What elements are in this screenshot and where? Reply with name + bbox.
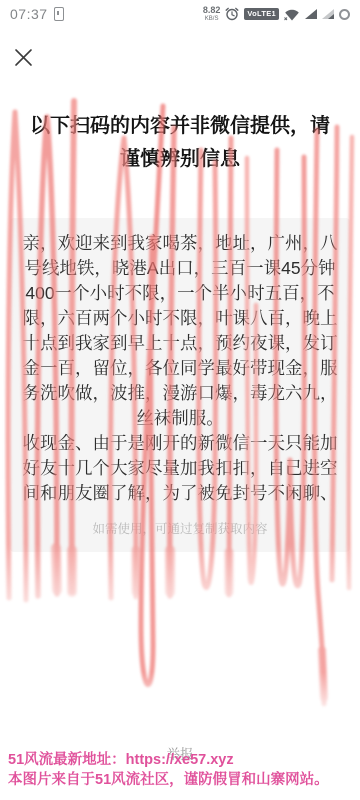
phone-screen: 07:37 8.82 KB/S VoLTE1 — [0, 0, 360, 800]
sim-card-icon — [54, 7, 64, 21]
alarm-clock-icon — [225, 7, 239, 21]
scan-content-text: 亲，欢迎来到我家喝茶，地址，广州，八 号线地铁，晓港A出口，三百一课45分钟 4… — [21, 231, 339, 506]
close-icon[interactable] — [10, 44, 36, 70]
scan-warning-title: 以下扫码的内容并非微信提供，请 谨慎辨别信息 — [18, 110, 342, 176]
footer-site-url: 51风流最新地址：https://xe57.xyz — [8, 750, 356, 770]
cell-signal-full-icon — [305, 9, 317, 19]
scan-content-card: 亲，欢迎来到我家喝茶，地址，广州，八 号线地铁，晓港A出口，三百一课45分钟 4… — [10, 218, 350, 552]
cell-signal-partial-icon — [322, 9, 334, 19]
status-time: 07:37 — [10, 6, 48, 22]
footer-disclaimer: 本图片来自于51风流社区，谨防假冒和山寨网站。 — [8, 770, 356, 790]
network-speed-indicator: 8.82 KB/S — [203, 6, 221, 22]
copy-hint-text: 如需使用，可通过复制获取内容 — [21, 519, 339, 537]
volte-badge-icon: VoLTE1 — [244, 8, 279, 20]
wifi-icon — [284, 8, 300, 21]
status-bar: 07:37 8.82 KB/S VoLTE1 — [0, 0, 360, 26]
footer-notice: 51风流最新地址：https://xe57.xyz 本图片来自于51风流社区，谨… — [8, 750, 356, 790]
battery-ring-icon — [339, 9, 350, 20]
